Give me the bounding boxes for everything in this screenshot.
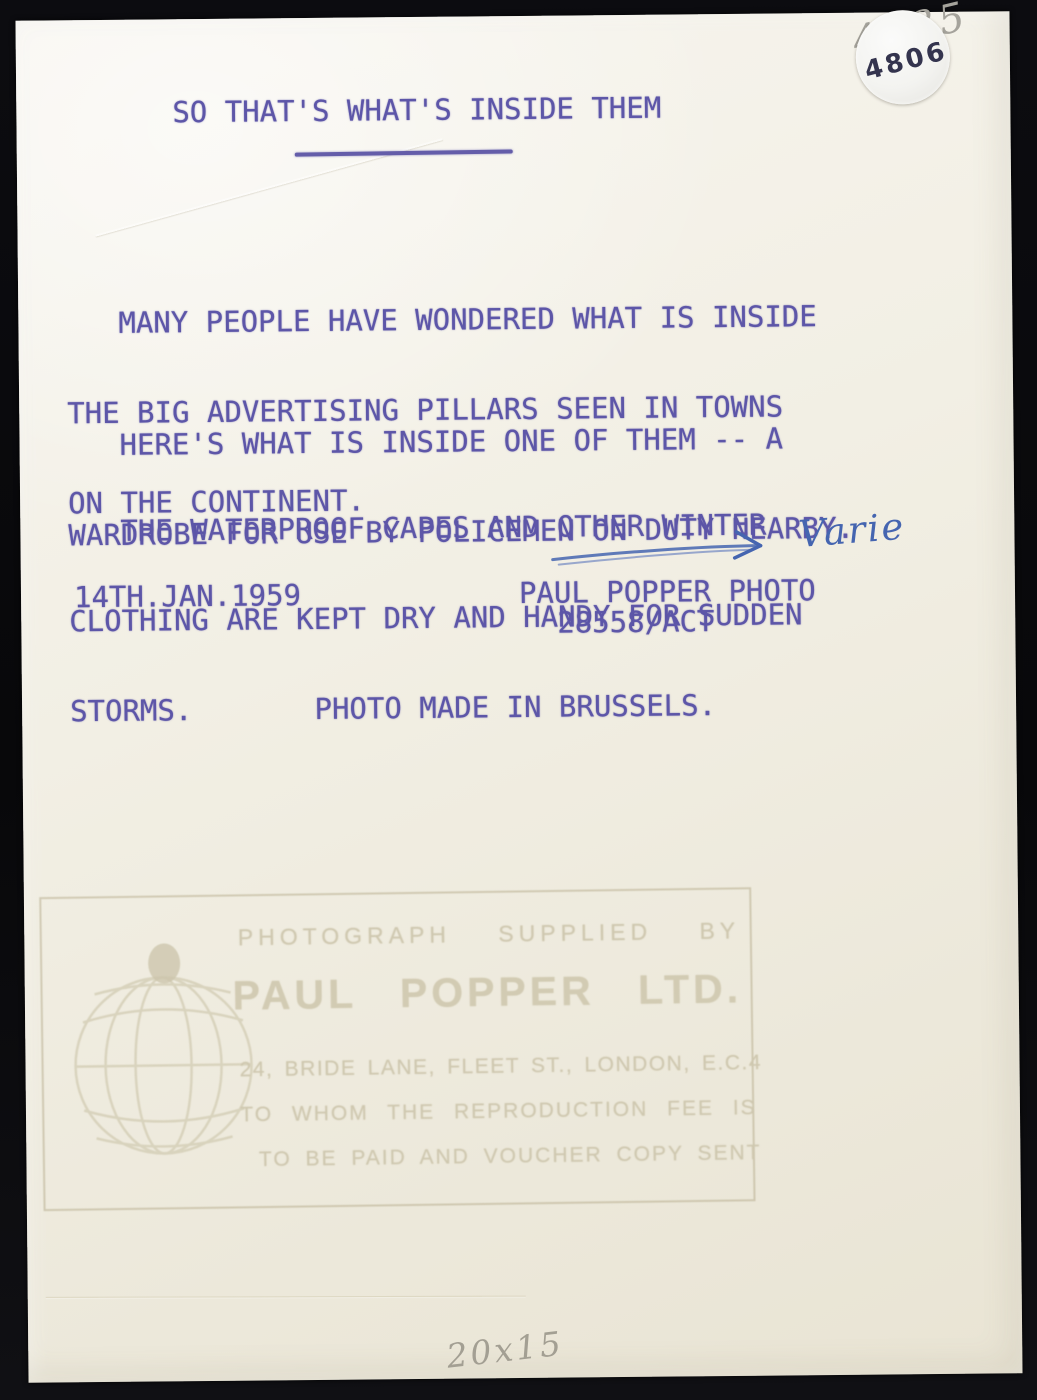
- handwritten-note: Varie: [797, 505, 907, 556]
- photo-back: SO THAT'S WHAT'S INSIDE THEM MANY PEOPLE…: [15, 11, 1022, 1382]
- stamp-line: PHOTOGRAPH SUPPLIED BY: [238, 917, 741, 951]
- size-note: 20x15: [444, 1324, 565, 1376]
- archive-sticker: 4806: [855, 10, 950, 105]
- agency-credit: PAUL POPPER PHOTO: [519, 575, 816, 608]
- stamp-line: TO BE PAID AND VOUCHER COPY SENT: [259, 1141, 762, 1172]
- sticker-number: 4806: [861, 36, 950, 86]
- caption-title: SO THAT'S WHAT'S INSIDE THEM: [172, 93, 661, 128]
- stamp-line: 24, BRIDE LANE, FLEET ST., LONDON, E.C.4: [239, 1051, 762, 1082]
- title-underline: [295, 149, 513, 156]
- paper-crease: [46, 1296, 526, 1298]
- caption-date: 14TH.JAN.1959: [74, 580, 301, 612]
- photo-reference: 28558/ACT: [557, 606, 714, 638]
- supplier-stamp: PHOTOGRAPH SUPPLIED BY PAUL POPPER LTD. …: [39, 887, 755, 1211]
- stamp-line: TO WHOM THE REPRODUCTION FEE IS: [240, 1096, 757, 1127]
- stamp-line: PAUL POPPER LTD.: [232, 965, 742, 1019]
- typed-line: MANY PEOPLE HAVE WONDERED WHAT IS INSIDE: [66, 301, 817, 338]
- typed-line: STORMS. PHOTO MADE IN BRUSSELS.: [70, 689, 804, 726]
- hand-drawn-arrow-icon: [548, 525, 814, 580]
